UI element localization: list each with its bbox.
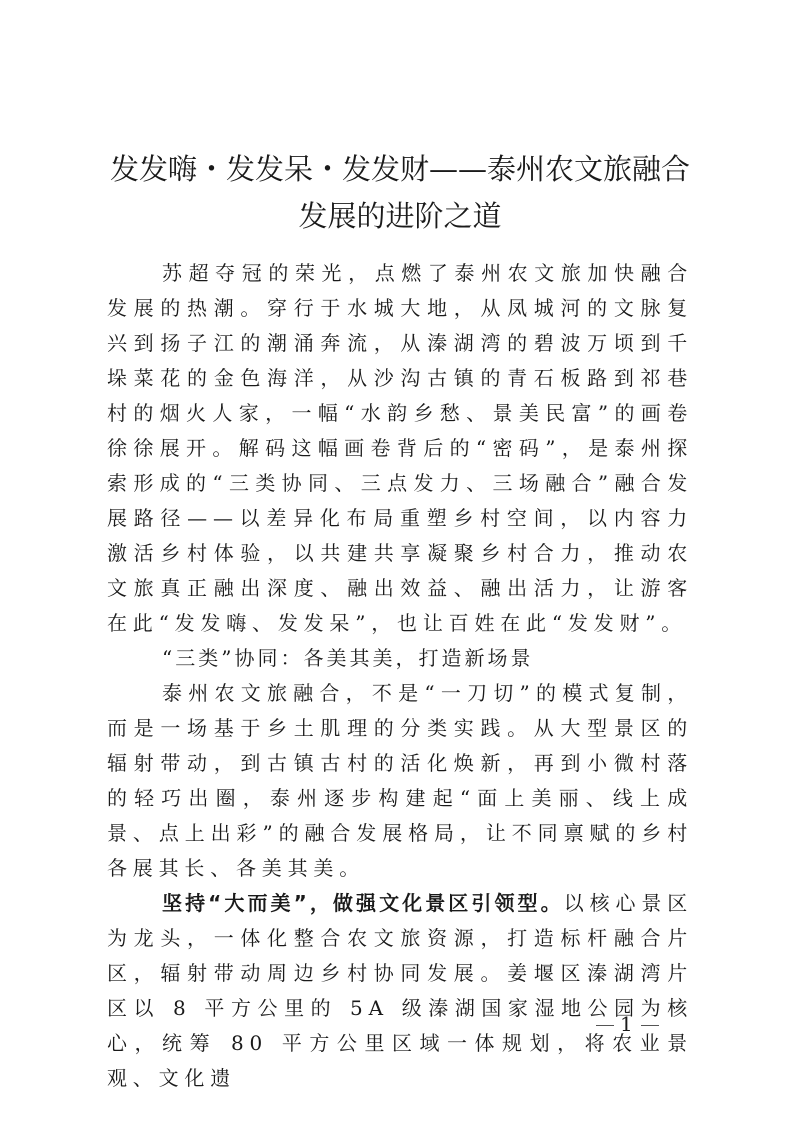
intro-paragraph: 苏超夺冠的荣光，点燃了泰州农文旅加快融合发展的热潮。穿行于水城大地，从凤城河的文… bbox=[107, 256, 693, 641]
page-number: 1 bbox=[590, 1012, 665, 1036]
title-line-2: 发展的进阶之道 bbox=[298, 199, 501, 233]
dash-right bbox=[641, 1025, 659, 1027]
document-body: 苏超夺冠的荣光，点燃了泰州农文旅加快融合发展的热潮。穿行于水城大地，从凤城河的文… bbox=[107, 256, 693, 1096]
section-heading: “三类”协同：各美其美，打造新场景 bbox=[107, 641, 693, 676]
document-page: 发发嗨・发发呆・发发财——泰州农文旅融合 发展的进阶之道 苏超夺冠的荣光，点燃了… bbox=[0, 0, 793, 1122]
dash-left bbox=[596, 1025, 614, 1027]
bold-lead-text: 坚持“大而美”，做强文化景区引领型。 bbox=[162, 891, 564, 915]
document-title: 发发嗨・发发呆・发发财——泰州农文旅融合 发展的进阶之道 bbox=[95, 146, 705, 240]
paragraph-text: 以核心景区为龙头，一体化整合农文旅资源，打造标杆融合片区，辐射带动周边乡村协同发… bbox=[107, 891, 693, 1090]
section-paragraph: 泰州农文旅融合，不是“一刀切”的模式复制，而是一场基于乡土肌理的分类实践。从大型… bbox=[107, 676, 693, 886]
title-line-1: 发发嗨・发发呆・发发财——泰州农文旅融合 bbox=[110, 152, 690, 186]
bold-lead-paragraph: 坚持“大而美”，做强文化景区引领型。以核心景区为龙头，一体化整合农文旅资源，打造… bbox=[107, 886, 693, 1096]
page-number-value: 1 bbox=[620, 1012, 635, 1036]
